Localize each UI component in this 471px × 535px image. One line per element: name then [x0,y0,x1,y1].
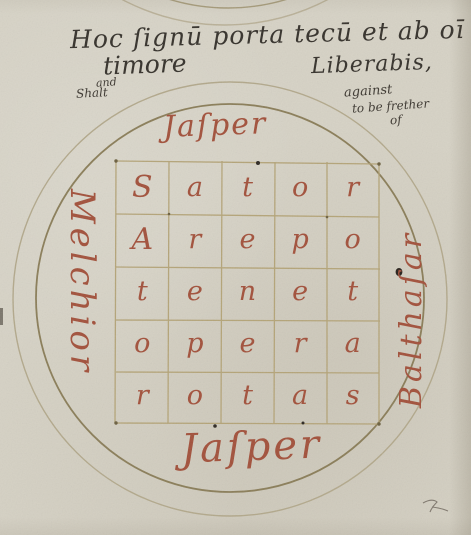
sator-cell: r [326,161,379,213]
sator-square: S a t o r A r e p o t e n e t o p e r a … [116,161,379,422]
sator-cell: e [274,265,327,317]
sator-cell: o [326,213,379,265]
sator-cell: p [169,318,222,370]
sator-cell: r [169,213,222,265]
name-balthasar: Balthaſar [393,209,431,429]
sator-cell: t [221,161,274,213]
sator-cell: S [116,161,169,213]
name-jasper-top: Jaſper [162,106,267,145]
english-gloss-shalt: Shalt [76,85,108,101]
upper-diagram-inner-arc [26,0,430,8]
marginal-pen-mark [423,500,448,512]
sator-cell: s [326,370,379,422]
sator-cell: e [221,318,274,370]
sator-cell: e [221,213,274,265]
english-gloss-of: of [390,113,403,128]
sator-cell: o [169,370,222,422]
name-melchior: Melchior [62,175,102,389]
latin-heading-liberabis: Liberabis, [311,50,434,79]
name-jasper-bottom: Jaſper [180,422,323,473]
sator-cell: a [274,370,327,422]
manuscript-page: Hoc ſignū porta tecū et ab oī timore Lib… [0,0,471,535]
sator-cell: A [116,213,169,265]
sator-cell: r [274,318,327,370]
sator-cell: p [274,213,327,265]
sator-cell: a [169,161,222,213]
sator-cell: e [169,265,222,317]
sator-cell: o [116,318,169,370]
sator-cell: t [221,370,274,422]
sator-cell: r [116,370,169,422]
sator-cell: t [326,265,379,317]
sator-cell: o [274,161,327,213]
sator-cell: n [221,265,274,317]
sator-cell: t [116,265,169,317]
page-edge-smudge [0,308,3,325]
sator-cell: a [326,318,379,370]
